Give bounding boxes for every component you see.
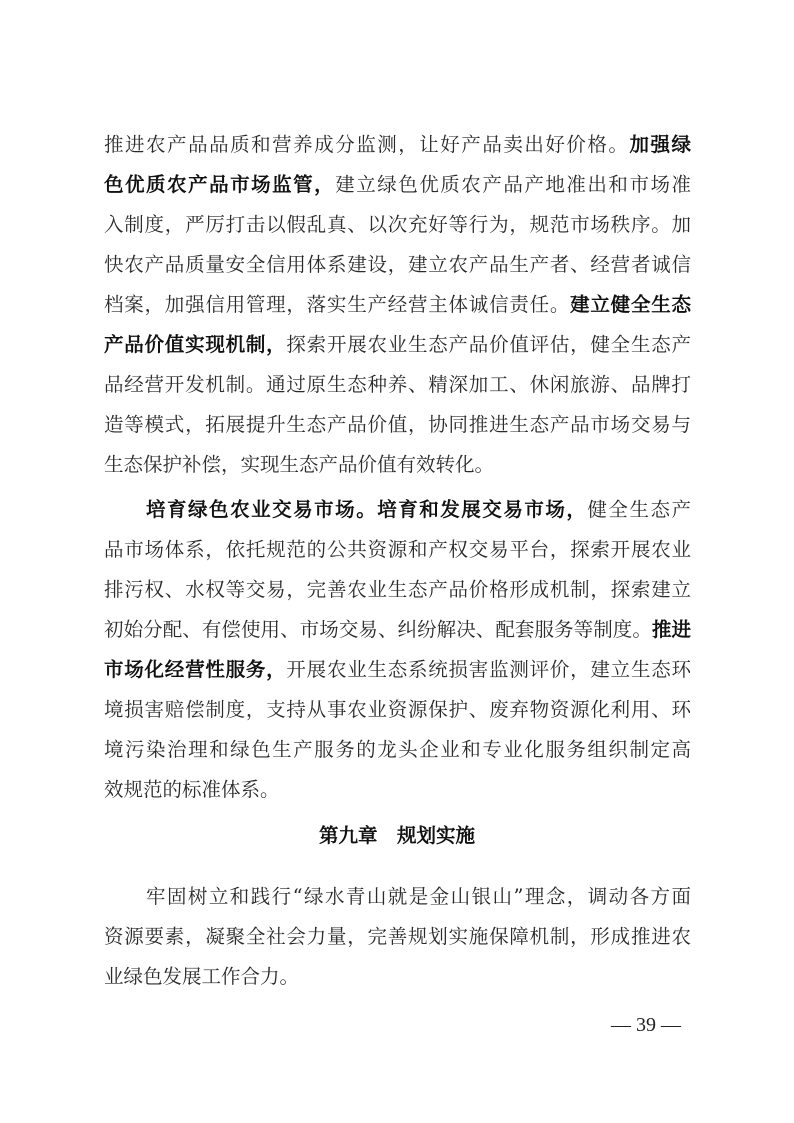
line-text: 品经营开发机制。通过原生态种养、精深加工、休闲旅游、品牌打 (104, 373, 691, 396)
line-text: 效规范的标准体系。 (104, 778, 280, 801)
line-text: 建立绿色优质农产品产地准出和市场准 (335, 173, 691, 196)
line-text: 境损害赔偿制度，支持从事农业资源保护、废弃物资源化利用、环 (104, 698, 691, 721)
text-line: 境污染治理和绿色生产服务的龙头企业和专业化服务组织制定高 (104, 730, 691, 770)
text-line: 资源要素，凝聚全社会力量，完善规划实施保障机制，形成推进农 (104, 917, 691, 957)
line-text: 造等模式，拓展提升生态产品价值，协同推进生态产品市场交易与 (104, 413, 691, 436)
chapter-heading: 第九章 规划实施 (0, 816, 794, 856)
line-text: 初始分配、有偿使用、市场交易、纠纷解决、配套服务等制度。 (104, 618, 652, 641)
text-line: 档案，加强信用管理，落实生产经营主体诚信责任。建立健全生态 (104, 285, 691, 325)
line-text: 推进农产品品质和营养成分监测，让好产品卖出好价格。 (104, 133, 629, 156)
line-text: 生态保护补偿，实现生态产品价值有效转化。 (104, 453, 494, 476)
text-line: 生态保护补偿，实现生态产品价值有效转化。 (104, 445, 691, 485)
bold-heading-text: 加强绿 (629, 133, 691, 156)
text-line: 品市场体系，依托规范的公共资源和产权交易平台，探索开展农业 (104, 530, 691, 570)
text-line: 初始分配、有偿使用、市场交易、纠纷解决、配套服务等制度。推进 (104, 610, 691, 650)
text-line: 推进农产品品质和营养成分监测，让好产品卖出好价格。加强绿 (104, 125, 691, 165)
line-text: 探索开展农业生态产品价值评估，健全生态产 (286, 333, 691, 356)
text-line: 境损害赔偿制度，支持从事农业资源保护、废弃物资源化利用、环 (104, 690, 691, 730)
bold-heading-text: 推进 (652, 618, 691, 641)
bold-heading-text: 产品价值实现机制， (104, 333, 286, 356)
text-line: 造等模式，拓展提升生态产品价值，协同推进生态产品市场交易与 (104, 405, 691, 445)
text-line: 色优质农产品市场监管，建立绿色优质农产品产地准出和市场准 (104, 165, 691, 205)
text-line: 入制度，严厉打击以假乱真、以次充好等行为，规范市场秩序。加 (104, 205, 691, 245)
text-line: 快农产品质量安全信用体系建设，建立农产品生产者、经营者诚信 (104, 245, 691, 285)
line-text: 入制度，严厉打击以假乱真、以次充好等行为，规范市场秩序。加 (104, 213, 691, 236)
line-text: 品市场体系，依托规范的公共资源和产权交易平台，探索开展农业 (104, 538, 691, 561)
text-line: 培育绿色农业交易市场。培育和发展交易市场，健全生态产 (146, 490, 691, 530)
text-line: 产品价值实现机制，探索开展农业生态产品价值评估，健全生态产 (104, 325, 691, 365)
bold-heading-text: 色优质农产品市场监管， (104, 173, 335, 196)
line-text: 开展农业生态系统损害监测评价，建立生态环 (286, 658, 691, 681)
text-line: 品经营开发机制。通过原生态种养、精深加工、休闲旅游、品牌打 (104, 365, 691, 405)
bold-heading-text: 建立健全生态 (570, 293, 691, 316)
document-page: 推进农产品品质和营养成分监测，让好产品卖出好价格。加强绿 色优质农产品市场监管，… (0, 0, 794, 1123)
text-line: 市场化经营性服务，开展农业生态系统损害监测评价，建立生态环 (104, 650, 691, 690)
line-text: 排污权、水权等交易，完善农业生态产品价格形成机制，探索建立 (104, 578, 691, 601)
text-line: 业绿色发展工作合力。 (104, 957, 691, 997)
page-number: — 39 — (606, 1010, 686, 1040)
text-line: 排污权、水权等交易，完善农业生态产品价格形成机制，探索建立 (104, 570, 691, 610)
text-line: 效规范的标准体系。 (104, 770, 691, 810)
line-text: 档案，加强信用管理，落实生产经营主体诚信责任。 (104, 293, 570, 316)
line-text: 境污染治理和绿色生产服务的龙头企业和专业化服务组织制定高 (104, 738, 691, 761)
text-line: 牢固树立和践行“绿水青山就是金山银山”理念，调动各方面 (146, 877, 691, 917)
line-text: 健全生态产 (587, 498, 691, 521)
bold-heading-text: 市场化经营性服务， (104, 658, 286, 681)
line-text: 快农产品质量安全信用体系建设，建立农产品生产者、经营者诚信 (104, 253, 691, 276)
bold-heading-text: 培育绿色农业交易市场。培育和发展交易市场， (146, 498, 587, 521)
